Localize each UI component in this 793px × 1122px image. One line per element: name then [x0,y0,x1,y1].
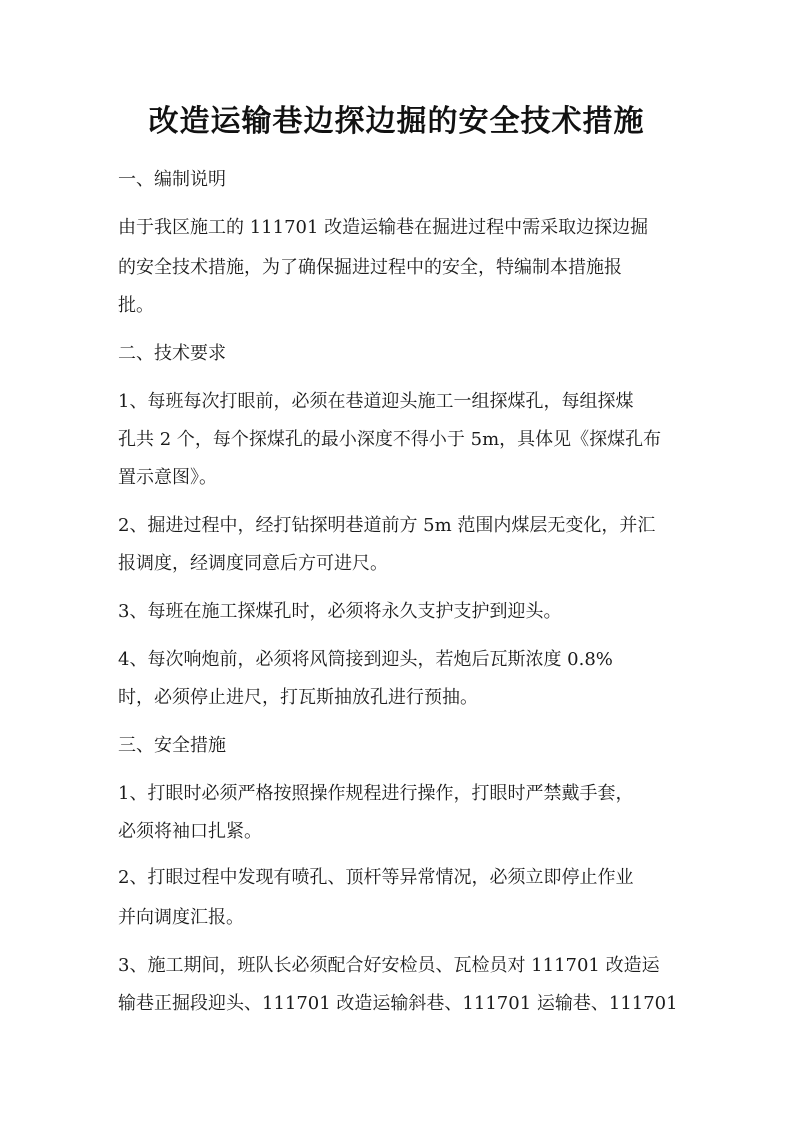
section-heading-1: 一、编制说明 [118,168,678,192]
paragraph-line: 4、每次响炮前，必须将风筒接到迎头，若炮后瓦斯浓度 0.8% [118,648,678,672]
paragraph-line: 输巷正掘段迎头、111701 改造运输斜巷、111701 运输巷、111701 [118,992,678,1016]
paragraph-line: 并向调度汇报。 [118,906,678,930]
paragraph-line: 3、每班在施工探煤孔时，必须将永久支护支护到迎头。 [118,600,678,624]
paragraph-line: 的安全技术措施，为了确保掘进过程中的安全，特编制本措施报 [118,256,678,280]
paragraph-line: 1、每班每次打眼前，必须在巷道迎头施工一组探煤孔，每组探煤 [118,390,678,414]
section-heading-3: 三、安全措施 [118,734,678,758]
paragraph-line: 由于我区施工的 111701 改造运输巷在掘进过程中需采取边探边掘 [118,216,678,240]
paragraph-line: 必须将袖口扎紧。 [118,820,678,844]
paragraph-line: 孔共 2 个，每个探煤孔的最小深度不得小于 5m，具体见《探煤孔布 [118,428,678,452]
document-title: 改造运输巷边探边掘的安全技术措施 [0,96,793,140]
paragraph-line: 批。 [118,294,678,318]
paragraph-line: 3、施工期间，班队长必须配合好安检员、瓦检员对 111701 改造运 [118,954,678,978]
paragraph-line: 报调度，经调度同意后方可进尺。 [118,552,678,576]
paragraph-line: 2、掘进过程中，经打钻探明巷道前方 5m 范围内煤层无变化，并汇 [118,514,678,538]
paragraph-line: 2、打眼过程中发现有喷孔、顶杆等异常情况，必须立即停止作业 [118,866,678,890]
paragraph-line: 1、打眼时必须严格按照操作规程进行操作，打眼时严禁戴手套， [118,782,678,806]
document-page: 改造运输巷边探边掘的安全技术措施 一、编制说明 由于我区施工的 111701 改… [0,0,793,1122]
paragraph-line: 置示意图》。 [118,466,678,490]
paragraph-line: 时，必须停止进尺，打瓦斯抽放孔进行预抽。 [118,686,678,710]
section-heading-2: 二、技术要求 [118,342,678,366]
